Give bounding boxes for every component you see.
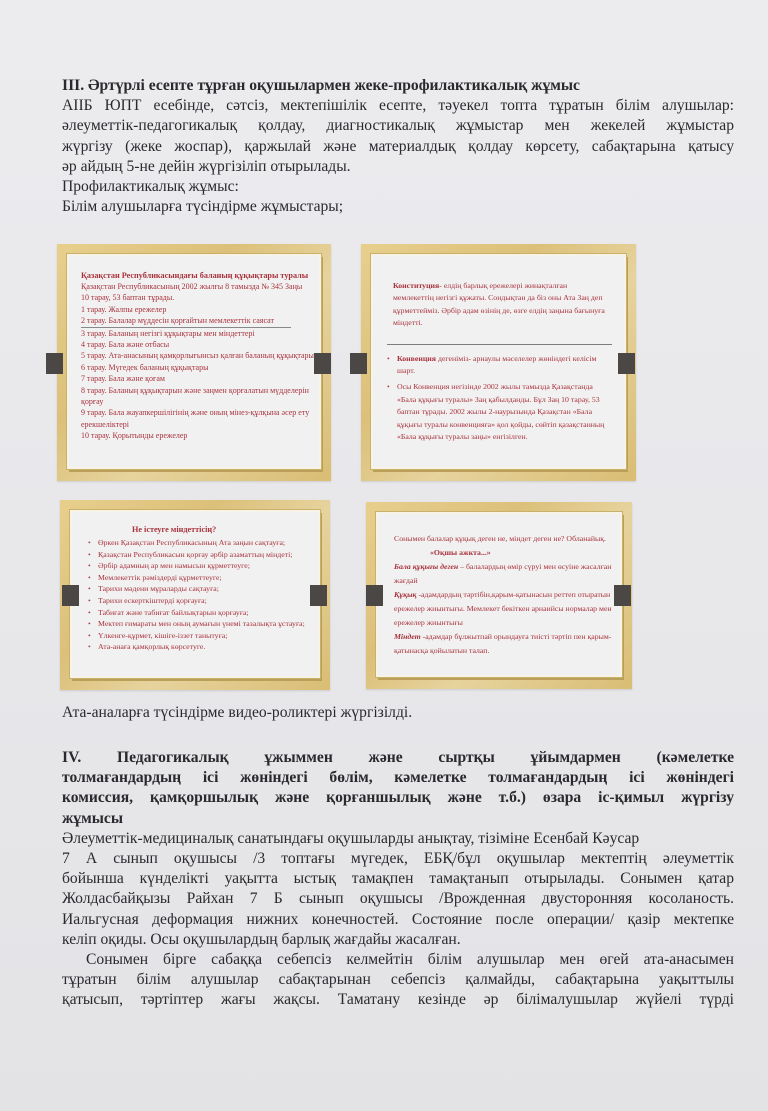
slide-tab-left [350, 353, 367, 374]
slide-line: 5 тарау. Ата-анасының қамқорлығынсыз қал… [81, 350, 311, 361]
parents-note: Ата-аналарға түсіндірме видео-роликтері … [62, 703, 734, 723]
slide-bullet: Мемлекеттік рәміздерді құрметтеуге; [88, 572, 310, 584]
section-3-heading: III. Әртүрлі есепте тұрған оқушылармен ж… [62, 76, 734, 96]
slide-bullet: Ата-анаға қамқорлық көрсетуге. [88, 641, 310, 653]
slide-line: Қазақстан Республикасының 2002 жылғы 8 т… [81, 281, 311, 292]
slide-intro-bold: Конституция [393, 281, 439, 290]
document-page: III. Әртүрлі есепте тұрған оқушылармен ж… [0, 0, 768, 1111]
slide-paragraph: Бала құқығы деген – балалардың өмір сүру… [394, 560, 612, 588]
slide-title: Не істеуге міндеттісің? [88, 524, 310, 535]
section-4-heading-line: комиссия, қамқоршылық және қорғаншылық ж… [62, 788, 734, 808]
slide-title: Қазақстан Республикасындағы баланың құқы… [81, 270, 311, 281]
section-4-line: Әлеуметтік-медициналық санатындағы оқушы… [62, 829, 734, 849]
slide-term: Міндет [394, 632, 421, 641]
section-4-line: 7 А сынып оқушысы /3 топтағы мүгедек, ЕБ… [62, 849, 734, 869]
slide-bullet: Тарихи ескерткіштерді қорғауға; [88, 595, 310, 607]
slide-tab-left [62, 585, 79, 606]
slide-bullet: Қазақстан Республикасын қорғау әрбір аза… [88, 549, 310, 561]
section-4-line: тұратын білім алушылар сабақтарынан себе… [62, 970, 734, 990]
slide-paragraph: Міндет -адамдар бұлжытпай орындауға тиіс… [394, 630, 612, 658]
slide-divider [387, 344, 612, 345]
section-3-line: әр айдың 5-не дейін жүргізіліп отырылады… [62, 157, 734, 177]
slide-term: Құқық [394, 590, 417, 599]
slide-term: Бала құқығы деген [394, 562, 458, 571]
section-3: III. Әртүрлі есепте тұрған оқушылармен ж… [62, 76, 734, 217]
slide-content: Не істеуге міндеттісің? Өркен Қазақстан … [70, 510, 320, 678]
section-4-line: бойынша күнделікті уақытта ыстық тамақпе… [62, 869, 734, 889]
slide-paragraph: Құқық -адамдардың тәртібін,қарым-қатынас… [394, 588, 612, 630]
slide-content: Қазақстан Республикасындағы баланың құқы… [67, 254, 321, 469]
section-3-line: АІІБ ЮПТ есебінде, сәтсіз, мектепішілік … [62, 96, 734, 116]
slide-line: 3 тарау. Баланың негізгі құқықтары мен м… [81, 328, 311, 339]
section-4-line: қатысып, тәртіптер жағы жақсы. Таматану … [62, 990, 734, 1010]
slide-line: қорғау [81, 396, 311, 407]
slide-line: 7 тарау. Бала және қоғам [81, 373, 311, 384]
slide-line: 2 тарау. Балалар мүддесін қорғайтын мемл… [81, 315, 291, 327]
slide-intro: Конституция- елдің барлық ережелері жина… [387, 280, 612, 330]
slide-bullet: Әрбір адамның ар мен намысын құрметтеуге… [88, 560, 310, 572]
slide-line: 1 тарау. Жалпы ережелер [81, 304, 311, 315]
section-4: IV. Педагогикалық ұжыммен және сыртқы ұй… [62, 748, 734, 1011]
section-4-line: келіп оқиды. Осы оқушылардың барлық жағд… [62, 930, 734, 950]
section-4-line: Сонымен бірге сабаққа себепсіз келмейтін… [62, 950, 734, 970]
slide-line: 4 тарау. Бала және отбасы [81, 339, 311, 350]
section-4-heading-line: толмағандардың ісі жөніндегі бөлім, кәме… [62, 768, 734, 788]
slide-tab-right [310, 585, 327, 606]
section-3-line: жүргізу (жеке жоспар), қаржылай және мат… [62, 137, 734, 157]
section-4-line: Иальгусная деформация нижних конечностей… [62, 910, 734, 930]
slide-tab-right [614, 585, 631, 606]
slide-bullet: Мектеп ғимараты мен оның аумағын үнемі т… [88, 618, 310, 630]
slide-line: 9 тарау. Бала жауапкершілігінің және оны… [81, 407, 311, 418]
slide-line: 6 тарау. Мүгедек баланың құқықтары [81, 362, 311, 373]
slide-subtitle: «Оқшы ажкта...» [394, 546, 612, 560]
slide-tab-right [314, 353, 331, 374]
section-4-heading-line: жұмысы [62, 809, 734, 829]
slide-definition: -адамдар бұлжытпай орындауға тиісті тәрт… [394, 632, 611, 655]
slide-line: 10 тарау. Қорытынды ережелер [81, 430, 311, 441]
slide-line: ерекшеліктері [81, 419, 311, 430]
section-4-line: Жолдасбайқызы Райхан 7 Б сынып оқушысы /… [62, 889, 734, 909]
parents-line: Ата-аналарға түсіндірме видео-роликтері … [62, 703, 734, 723]
slide-bullet-bold: Конвенция [397, 354, 436, 363]
slide-line: Сонымен балалар құқық деген не, міндет д… [394, 532, 612, 546]
slide-constitution: Конституция- елдің барлық ережелері жина… [361, 244, 636, 481]
slide-duties: Не істеуге міндеттісің? Өркен Қазақстан … [60, 500, 330, 690]
slide-bullet: Конвенция дегеніміз- арнаулы мәселелер ж… [387, 353, 612, 378]
students-label: Білім алушыларға түсіндірме жұмыстары; [62, 197, 734, 217]
slide-rights-and-duties: Сонымен балалар құқық деген не, міндет д… [366, 502, 632, 689]
slide-bullet: Осы Конвенция негізінде 2002 жылы тамызд… [387, 381, 612, 443]
slide-content: Сонымен балалар құқық деген не, міндет д… [376, 512, 622, 677]
slide-bullet: Үлкенге-құрмет, кішіге-іззет танытуға; [88, 630, 310, 642]
slide-tab-right [618, 353, 635, 374]
slide-content: Конституция- елдің барлық ережелері жина… [371, 254, 626, 469]
slide-bullet: Табиғат және табиғат байлықтарын қорғауғ… [88, 607, 310, 619]
prophylaxis-label: Профилактикалық жұмыс: [62, 177, 734, 197]
slide-bullet-text: Осы Конвенция негізінде 2002 жылы тамызд… [397, 382, 604, 441]
slide-definition: -адамдардың тәртібін,қарым-қатынасын рет… [394, 590, 612, 627]
slide-bullet: Өркен Қазақстан Республикасының Ата заңы… [88, 537, 310, 549]
section-3-line: әлеуметтік-педагогикалық қолдау, диагнос… [62, 116, 734, 136]
section-4-heading-line: IV. Педагогикалық ұжыммен және сыртқы ұй… [62, 748, 734, 768]
slide-line: 10 тарау, 53 баптан тұрады. [81, 292, 311, 303]
slide-bullet: Тарихи мәдени мұраларды сақтауға; [88, 583, 310, 595]
slide-tab-left [366, 585, 383, 606]
slide-tab-left [46, 353, 63, 374]
slide-line: 8 тарау. Баланың құқықтарын және заңмен … [81, 385, 311, 396]
slide-child-rights-law: Қазақстан Республикасындағы баланың құқы… [57, 244, 331, 481]
